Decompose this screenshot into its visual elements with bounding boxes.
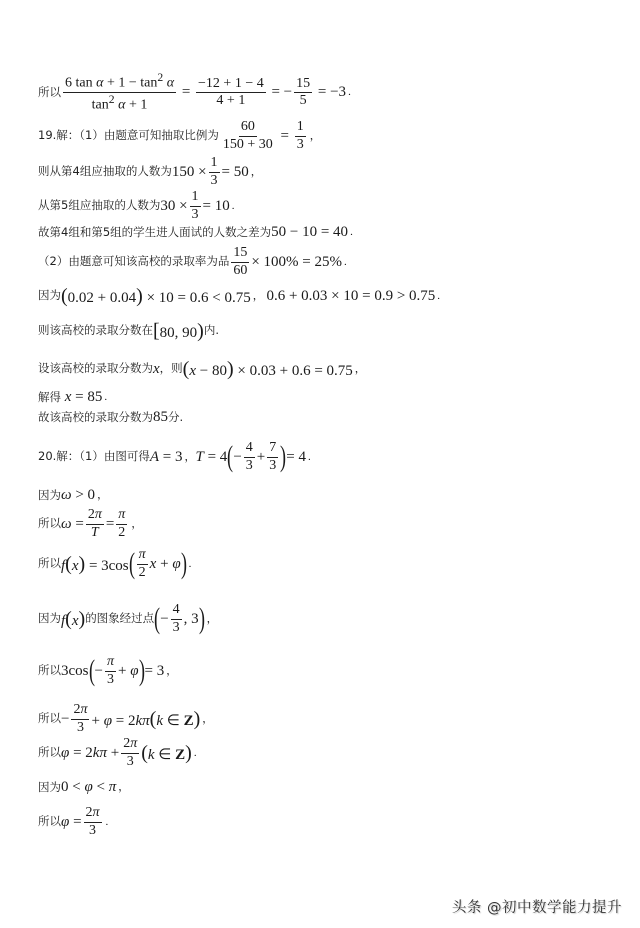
text: 分. <box>168 412 183 424</box>
text: 的图象经过点 <box>85 613 154 625</box>
text: 故第4组和第5组的学生进人面试的人数之差为 <box>38 227 271 239</box>
text: ，则 <box>160 363 183 375</box>
q19-group4: 则从第4组应抽取的人数为 150 × 13 = 50， <box>38 156 262 188</box>
q20-part1: 20.解：（1）由图可得 A = 3， T = 4 (− 43 + 73 )= … <box>38 441 311 473</box>
text: 所以 <box>38 665 61 677</box>
text: 所以 <box>38 713 61 725</box>
text: 则从第4组应抽取的人数为 <box>38 166 172 178</box>
q20-phi-general: 所以 φ = 2kπ + 2π3 (k ∈ Z). <box>38 737 197 769</box>
text: 所以 <box>38 747 61 759</box>
text: 因为 <box>38 290 61 302</box>
text: 所以 <box>38 518 61 530</box>
fraction: 6 tan α + 1 − tan2 αtan2 α + 1 <box>63 72 176 114</box>
text: 19.解：（1）由题意可知抽取比例为 <box>38 130 219 142</box>
text: 因为 <box>38 490 61 502</box>
q19-part1-ratio: 19.解：（1）由题意可知抽取比例为 60150 + 30 = 13 ， <box>38 120 321 152</box>
text: 所以 <box>38 558 61 570</box>
q20-phi-value: 所以 φ = 2π3 . <box>38 806 108 838</box>
watermark: 头条 @初中数学能力提升 <box>452 896 622 917</box>
text: 因为 <box>38 782 61 794</box>
text: 所以 <box>38 816 61 828</box>
q19-equation: 设该高校的录取分数为 x ，则 (x − 80) × 0.03 + 0.6 = … <box>38 359 366 379</box>
q20-omega-positive: 因为 ω > 0， <box>38 488 108 503</box>
text: 因为 <box>38 613 61 625</box>
text: 设该高校的录取分数为 <box>38 363 153 375</box>
text: 解得 <box>38 392 61 404</box>
text: 从第5组应抽取的人数为 <box>38 200 160 212</box>
q19-group5: 从第5组应抽取的人数为 30 × 13 = 10. <box>38 190 235 222</box>
q20-cos-eq: 所以 3cos (− π3 + φ )= 3， <box>38 655 177 687</box>
text: 故该高校的录取分数为 <box>38 412 153 424</box>
q20-phi-range: 因为 0 < φ < π， <box>38 780 129 795</box>
q20-function: 所以 f(x) = 3cos ( π2 x + φ ). <box>38 548 191 580</box>
q19-inequality: 因为 (0.02 + 0.04) × 10 = 0.6 < 0.75 ， 0.6… <box>38 286 440 306</box>
q19-conclusion: 故该高校的录取分数为 85 分. <box>38 410 183 425</box>
text: 内. <box>204 325 219 337</box>
text: （2）由题意可知该高校的录取率为品 <box>38 256 229 268</box>
q20-phi-eq: 所以 − 2π3 + φ = 2kπ(k ∈ Z)， <box>38 703 213 735</box>
text: 所以 <box>38 87 61 99</box>
q19-solve: 解得 x = 85. <box>38 390 107 405</box>
q19-difference: 故第4组和第5组的学生进人面试的人数之差为 50 − 10 = 40. <box>38 225 353 240</box>
q20-omega-value: 所以 ω = 2πT = π2 ， <box>38 508 142 540</box>
q19-part2-rate: （2）由题意可知该高校的录取率为品 1560 × 100% = 25%. <box>38 246 347 278</box>
text: 则该高校的录取分数在 <box>38 325 153 337</box>
q19-interval: 则该高校的录取分数在 [80, 90) 内. <box>38 321 219 341</box>
q20-point: 因为 f(x) 的图象经过点 (− 43 , 3 )， <box>38 603 218 635</box>
text: 20.解：（1）由图可得 <box>38 451 150 463</box>
equation-line-1: 所以 6 tan α + 1 − tan2 αtan2 α + 1 = −12 … <box>38 72 351 114</box>
